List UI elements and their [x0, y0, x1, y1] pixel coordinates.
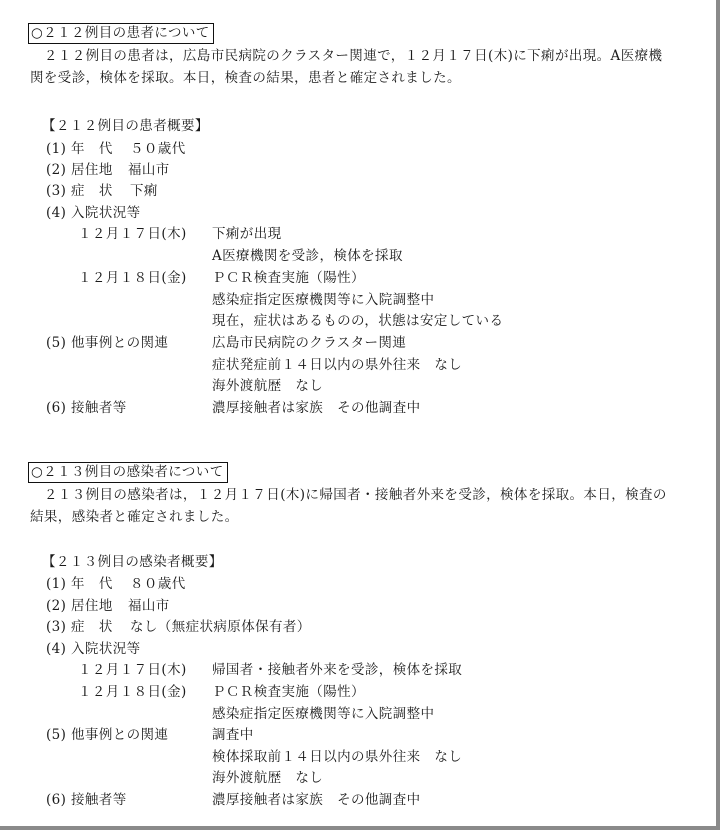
- item-label-residence: (2) 居住地: [46, 160, 113, 180]
- item-value-relation: 調査中: [212, 725, 254, 745]
- item-value-age: ５０歳代: [130, 139, 186, 159]
- item-value-contacts: 濃厚接触者は家族 その他調査中: [212, 398, 421, 418]
- timeline-event: A医療機関を受診，検体を採取: [212, 246, 403, 266]
- timeline-date: １２月１７日(木): [78, 224, 187, 244]
- timeline-date: １２月１７日(木): [78, 660, 187, 680]
- paragraph-line: 関を受診，検体を採取。本日，検査の結果，患者と確定されました。: [30, 68, 461, 88]
- item-value-relation: 海外渡航歴 なし: [212, 376, 323, 396]
- item-label-hospital: (4) 入院状況等: [46, 203, 141, 223]
- timeline-event: 下痢が出現: [212, 224, 282, 244]
- paragraph-line: 結果，感染者と確定されました。: [30, 507, 239, 527]
- timeline-event: 現在，症状はあるものの，状態は安定している: [212, 311, 503, 331]
- paragraph-line: ２１２例目の患者は，広島市民病院のクラスター関連で，１２月１７日(木)に下痢が出…: [30, 46, 662, 66]
- timeline-event: ＰＣＲ検査実施（陽性）: [212, 682, 365, 702]
- item-label-contacts: (6) 接触者等: [46, 398, 127, 418]
- item-value-relation: 海外渡航歴 なし: [212, 768, 323, 788]
- item-label-age: (1) 年 代: [46, 139, 113, 159]
- item-value-relation: 検体採取前１４日以内の県外往来 なし: [212, 747, 462, 767]
- section-heading: ○２１３例目の感染者について: [28, 462, 228, 483]
- item-label-symptoms: (3) 症 状: [46, 181, 113, 201]
- item-value-residence: 福山市: [128, 596, 170, 616]
- timeline-event: 感染症指定医療機関等に入院調整中: [212, 704, 434, 724]
- item-value-relation: 症状発症前１４日以内の県外往来 なし: [212, 355, 462, 375]
- item-label-hospital: (4) 入院状況等: [46, 639, 141, 659]
- item-value-symptoms: なし（無症状病原体保有者）: [130, 617, 311, 637]
- summary-title: 【２１３例目の感染者概要】: [42, 552, 223, 572]
- timeline-date: １２月１８日(金): [78, 268, 187, 288]
- item-label-contacts: (6) 接触者等: [46, 790, 127, 810]
- timeline-event: ＰＣＲ検査実施（陽性）: [212, 268, 365, 288]
- item-label-residence: (2) 居住地: [46, 596, 113, 616]
- item-value-residence: 福山市: [128, 160, 170, 180]
- timeline-date: １２月１８日(金): [78, 682, 187, 702]
- section-heading: ○２１２例目の患者について: [28, 23, 214, 44]
- item-value-age: ８０歳代: [130, 574, 186, 594]
- timeline-event: 感染症指定医療機関等に入院調整中: [212, 290, 434, 310]
- item-label-relation: (5) 他事例との関連: [46, 333, 168, 353]
- paragraph-line: ２１３例目の感染者は，１２月１７日(木)に帰国者・接触者外来を受診，検体を採取。…: [30, 485, 667, 505]
- timeline-event: 帰国者・接触者外来を受診，検体を採取: [212, 660, 462, 680]
- item-value-contacts: 濃厚接触者は家族 その他調査中: [212, 790, 421, 810]
- item-label-relation: (5) 他事例との関連: [46, 725, 168, 745]
- item-label-symptoms: (3) 症 状: [46, 617, 113, 637]
- item-label-age: (1) 年 代: [46, 574, 113, 594]
- item-value-relation: 広島市民病院のクラスター関連: [212, 333, 406, 353]
- summary-title: 【２１２例目の患者概要】: [42, 116, 209, 136]
- document-page: ○２１２例目の患者について ２１２例目の患者は，広島市民病院のクラスター関連で，…: [0, 0, 720, 830]
- item-value-symptoms: 下痢: [130, 181, 158, 201]
